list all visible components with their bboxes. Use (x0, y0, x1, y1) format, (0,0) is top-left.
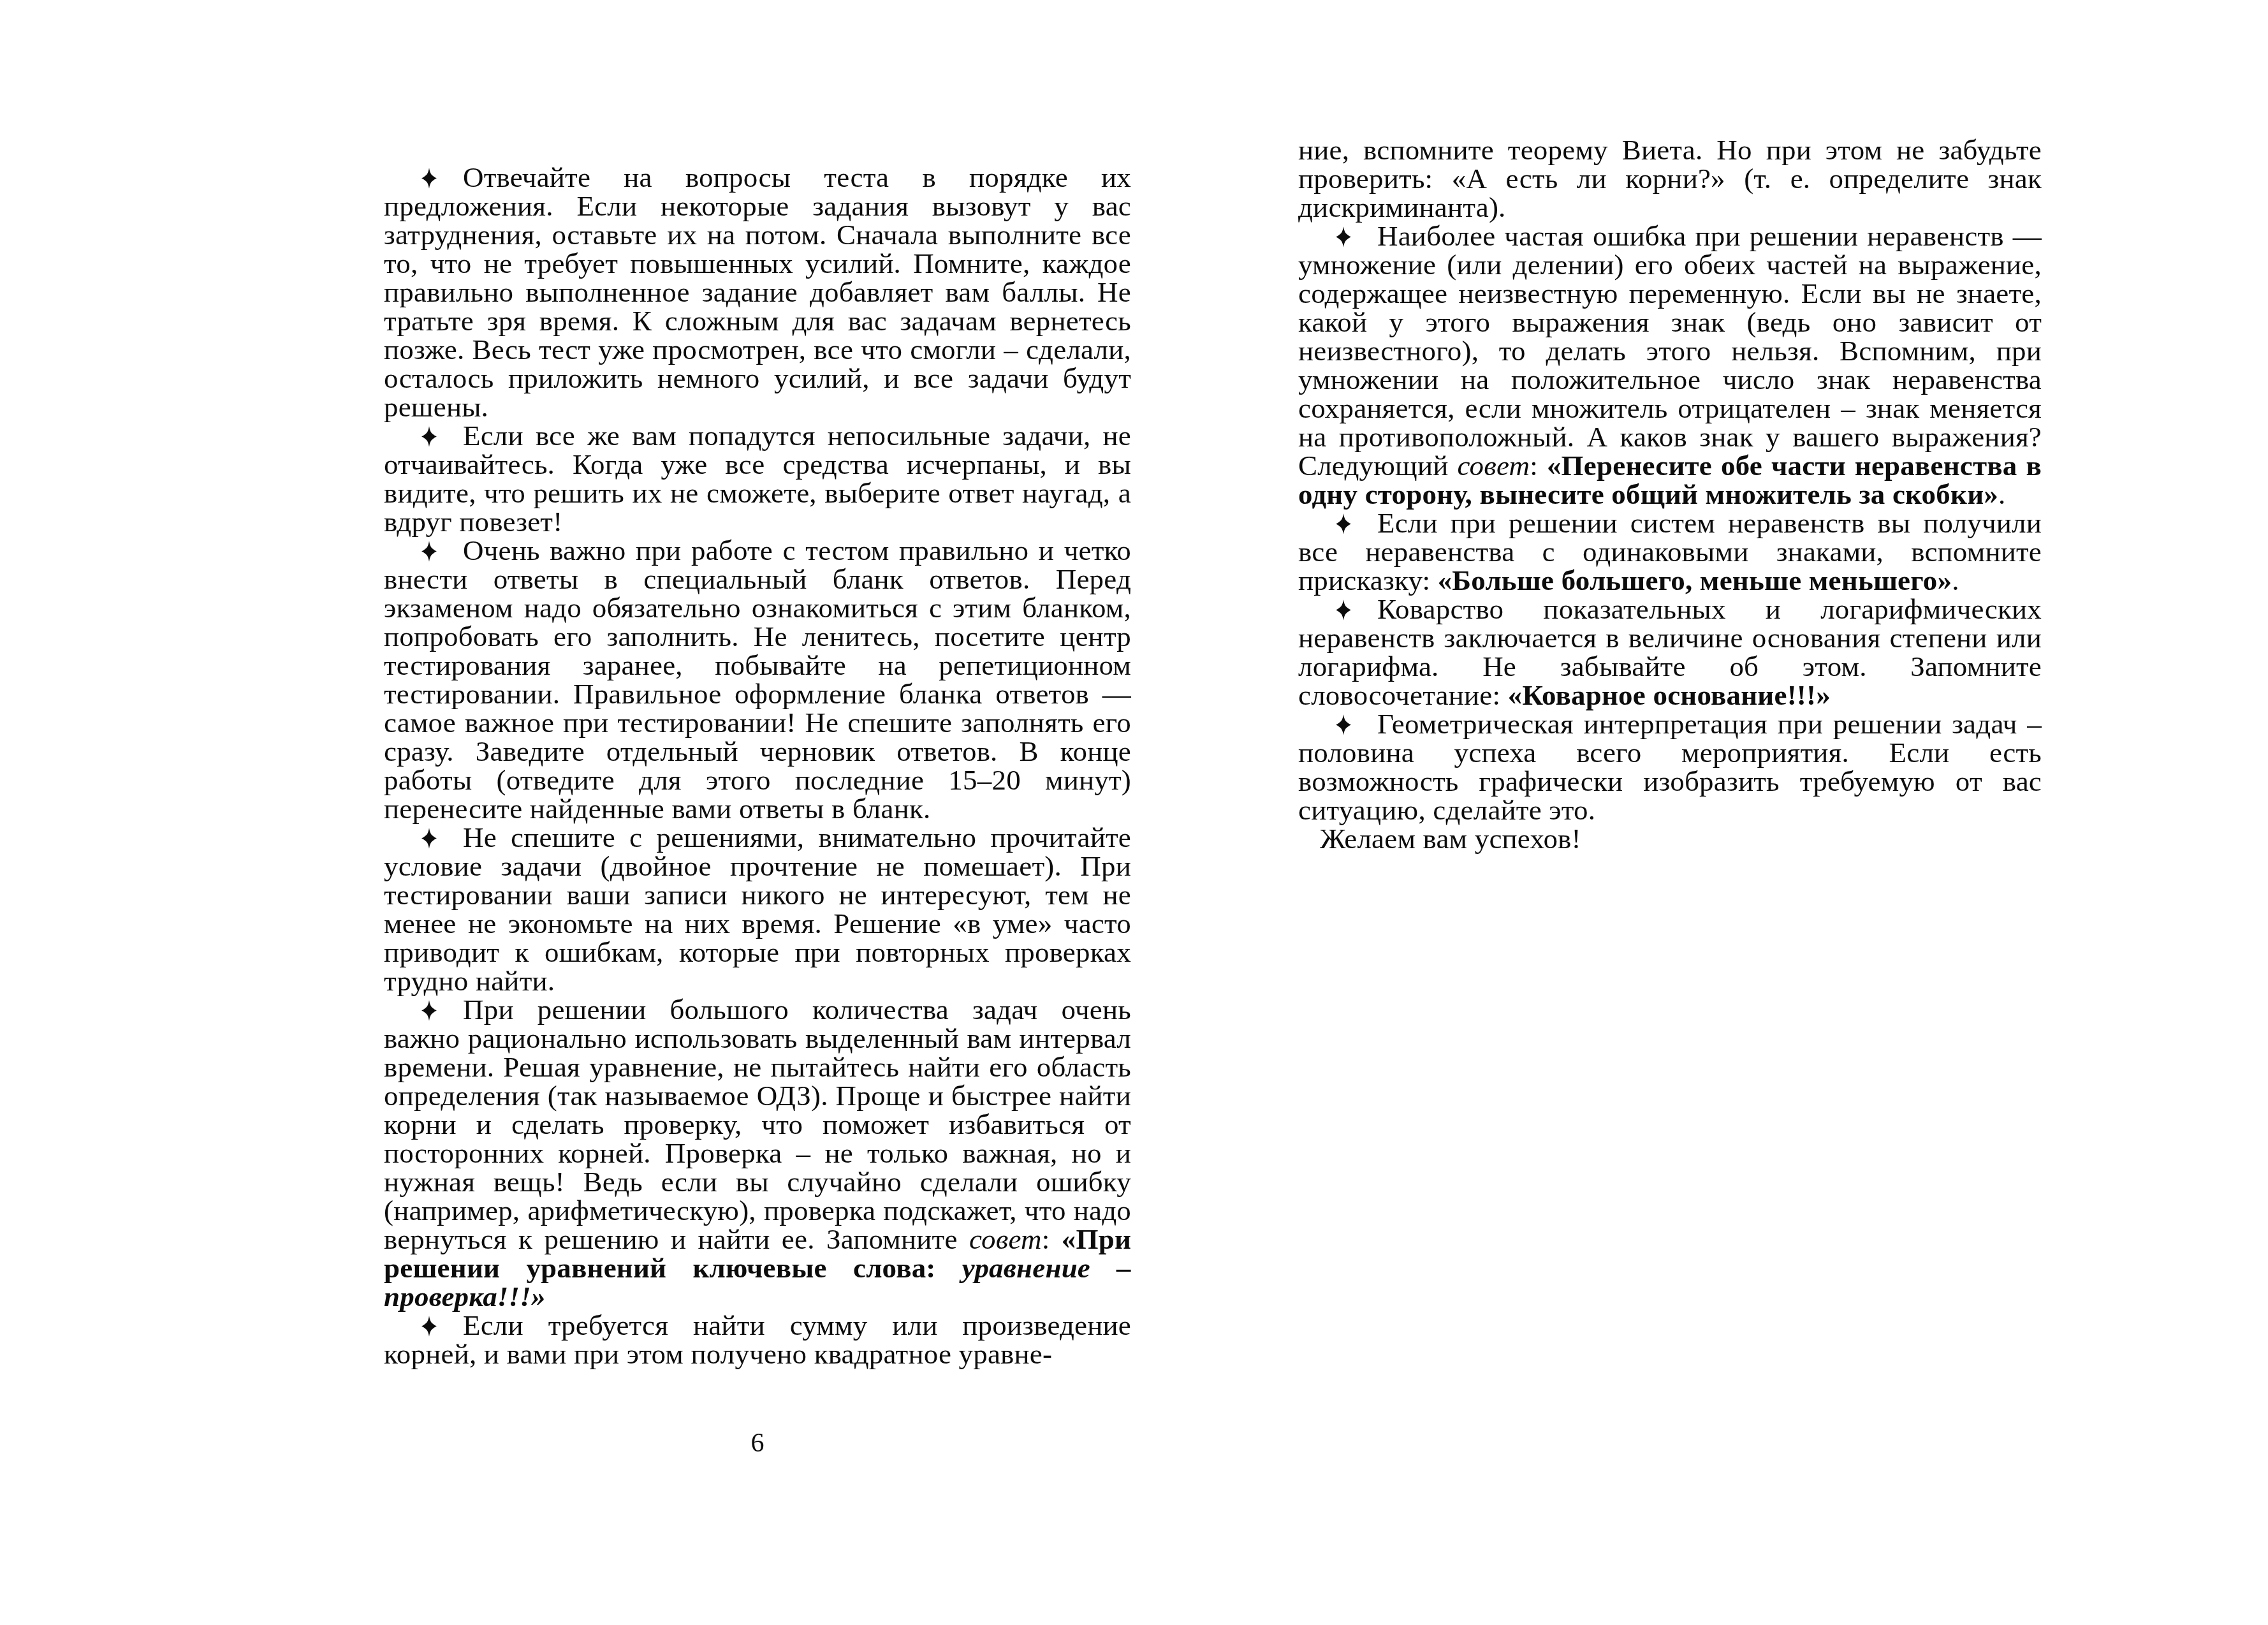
page-number: 6 (384, 1430, 1131, 1457)
book-spread-scan: Отвечайте на вопросы теста в порядке их … (0, 0, 2268, 1625)
text-run: совет (1457, 450, 1530, 482)
text-run: Если требуется найти сумму или произведе… (384, 1309, 1131, 1370)
text-run: ние, вспомните теорему Виета. Но при это… (1298, 134, 2042, 223)
text-run: Не спешите с решениями, внимательно проч… (384, 821, 1131, 997)
text-run: . (1998, 478, 2005, 510)
tip-sum-or-product-of-roots: Если требуется найти сумму или произведе… (384, 1311, 1131, 1369)
bullet-star-icon (1334, 714, 1353, 735)
right-page-text-column: ние, вспомните теорему Виета. Но при это… (1298, 136, 2042, 853)
bullet-star-icon (420, 541, 439, 562)
tip-inequality-multiplication: Наиболее частая ошибка при решении нерав… (1298, 222, 2042, 509)
text-run: «Коварное основание!!!» (1508, 679, 1831, 711)
text-run: Желаем вам успехов! (1320, 823, 1581, 855)
left-page-text-column: Отвечайте на вопросы теста в порядке их … (384, 163, 1131, 1369)
bullet-star-icon (1334, 513, 1353, 534)
text-run: : (1530, 450, 1547, 482)
closing-wish: Желаем вам успехов! (1298, 825, 2042, 853)
bullet-star-icon (420, 1316, 439, 1337)
tip-dont-rush-solutions: Не спешите с решениями, внимательно проч… (384, 823, 1131, 996)
tip-answer-sheet: Очень важно при работе с тестом правильн… (384, 536, 1131, 823)
text-run: : (1042, 1223, 1062, 1255)
text-run: «Больше большего, меньше меньшего» (1438, 564, 1952, 596)
text-run: При решении большого количества задач оч… (384, 994, 1131, 1255)
text-run: Очень важно при работе с тестом правильн… (384, 534, 1131, 825)
tip-systems-of-inequalities: Если при решении систем неравенств вы по… (1298, 509, 2042, 595)
bullet-star-icon (420, 168, 439, 189)
bullet-star-icon (1334, 226, 1353, 247)
bullet-star-icon (420, 1000, 439, 1021)
continuation-vieta-theorem: ние, вспомните теорему Виета. Но при это… (1298, 136, 2042, 222)
tip-answer-questions-in-order: Отвечайте на вопросы теста в порядке их … (384, 163, 1131, 422)
text-run: Геометрическая интерпретация при решении… (1298, 708, 2042, 826)
bullet-star-icon (1334, 599, 1353, 621)
tip-unsolvable-problems: Если все же вам попадутся непосильные за… (384, 422, 1131, 536)
tip-time-management-equation-check: При решении большого количества задач оч… (384, 996, 1131, 1311)
text-run: Отвечайте на вопросы теста в порядке их … (384, 161, 1131, 423)
text-run: совет (969, 1223, 1042, 1255)
tip-exponential-logarithmic: Коварство показательных и логарифмически… (1298, 595, 2042, 710)
bullet-star-icon (420, 828, 439, 849)
tip-geometric-interpretation: Геометрическая интерпретация при решении… (1298, 710, 2042, 825)
text-run: Если все же вам попадутся непосильные за… (384, 420, 1131, 538)
text-run: . (1952, 564, 1959, 596)
bullet-star-icon (420, 426, 439, 447)
text-run: Наиболее частая ошибка при решении нерав… (1298, 220, 2042, 482)
